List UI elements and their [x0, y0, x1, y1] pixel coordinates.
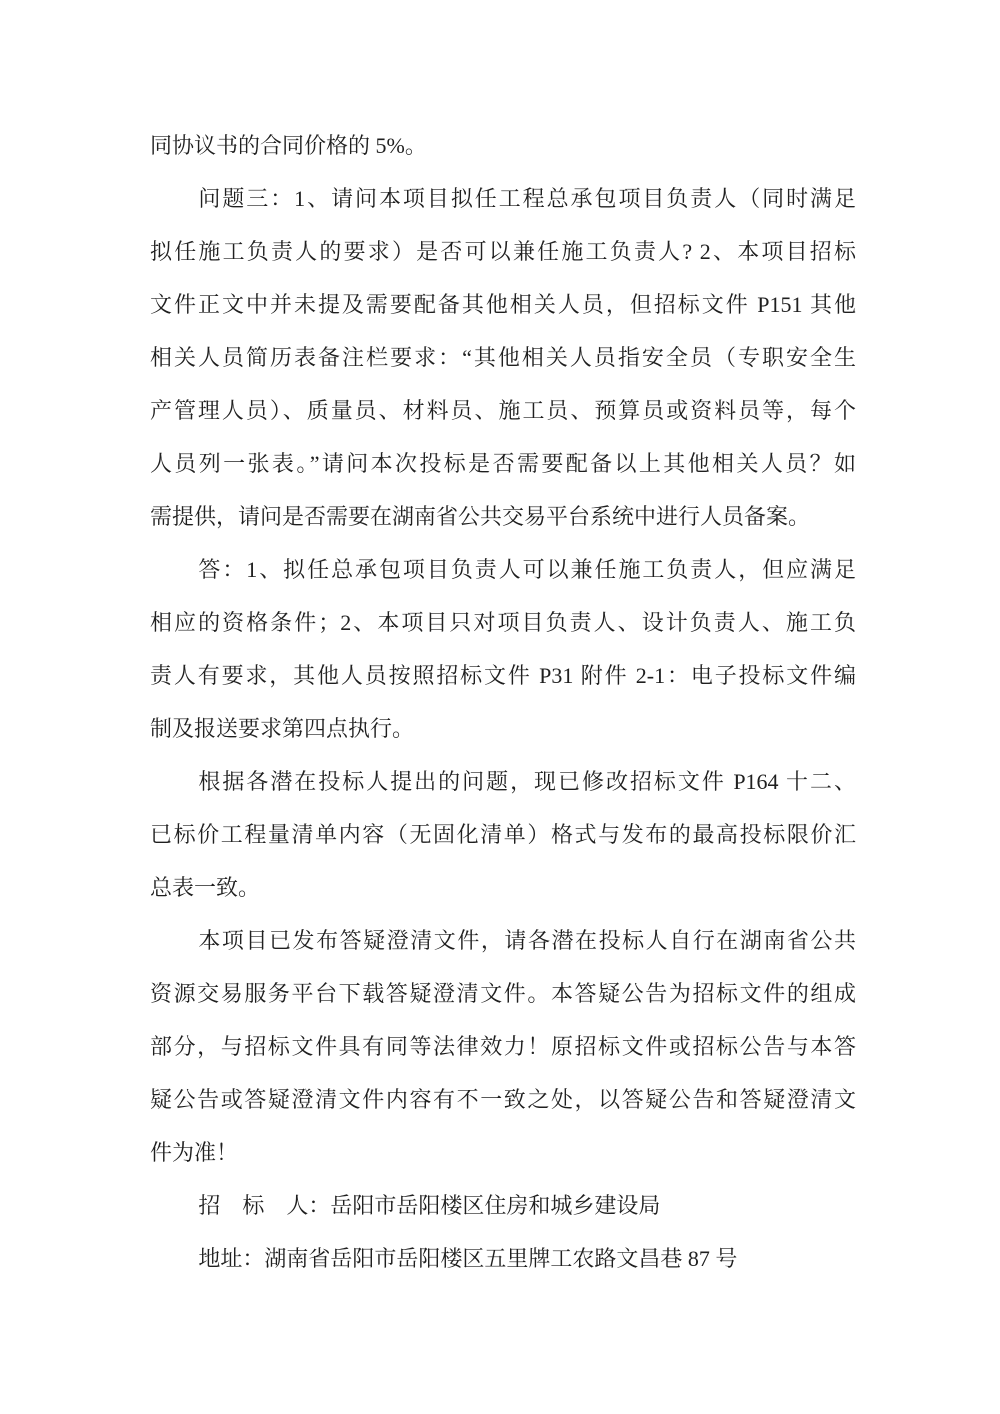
text-line: 资源交易服务平台下载答疑澄清文件。本答疑公告为招标文件的组成 — [150, 967, 856, 1020]
text-line: 制及报送要求第四点执行。 — [150, 702, 856, 755]
text-line: 部分，与招标文件具有同等法律效力！原招标文件或招标公告与本答 — [150, 1020, 856, 1073]
text-line: 拟任施工负责人的要求）是否可以兼任施工负责人? 2、本项目招标 — [150, 225, 856, 278]
text-line: 产管理人员）、质量员、材料员、施工员、预算员或资料员等，每个 — [150, 384, 856, 437]
document-body: 同协议书的合同价格的 5%。 问题三：1、请问本项目拟任工程总承包项目负责人（同… — [150, 119, 856, 1285]
text-line: 疑公告或答疑澄清文件内容有不一致之处，以答疑公告和答疑澄清文 — [150, 1073, 856, 1126]
document-page: 同协议书的合同价格的 5%。 问题三：1、请问本项目拟任工程总承包项目负责人（同… — [0, 0, 1000, 1414]
text-line: 答：1、拟任总承包项目负责人可以兼任施工负责人，但应满足 — [150, 543, 856, 596]
text-line: 需提供，请问是否需要在湖南省公共交易平台系统中进行人员备案。 — [150, 490, 856, 543]
text-line: 文件正文中并未提及需要配备其他相关人员，但招标文件 P151 其他 — [150, 278, 856, 331]
text-line: 已标价工程量清单内容（无固化清单）格式与发布的最高投标限价汇 — [150, 808, 856, 861]
text-line: 责人有要求，其他人员按照招标文件 P31 附件 2-1：电子投标文件编 — [150, 649, 856, 702]
text-line: 相应的资格条件；2、本项目只对项目负责人、设计负责人、施工负 — [150, 596, 856, 649]
text-line: 人员列一张表。”请问本次投标是否需要配备以上其他相关人员？如 — [150, 437, 856, 490]
text-line: 问题三：1、请问本项目拟任工程总承包项目负责人（同时满足 — [150, 172, 856, 225]
text-line: 件为准！ — [150, 1126, 856, 1179]
text-line: 相关人员简历表备注栏要求：“其他相关人员指安全员（专职安全生 — [150, 331, 856, 384]
text-line: 同协议书的合同价格的 5%。 — [150, 119, 856, 172]
text-line: 本项目已发布答疑澄清文件，请各潜在投标人自行在湖南省公共 — [150, 914, 856, 967]
bidder-line: 招 标 人：岳阳市岳阳楼区住房和城乡建设局 — [150, 1179, 856, 1232]
address-line: 地址：湖南省岳阳市岳阳楼区五里牌工农路文昌巷 87 号 — [150, 1232, 856, 1285]
text-line: 总表一致。 — [150, 861, 856, 914]
text-line: 根据各潜在投标人提出的问题，现已修改招标文件 P164 十二、 — [150, 755, 856, 808]
